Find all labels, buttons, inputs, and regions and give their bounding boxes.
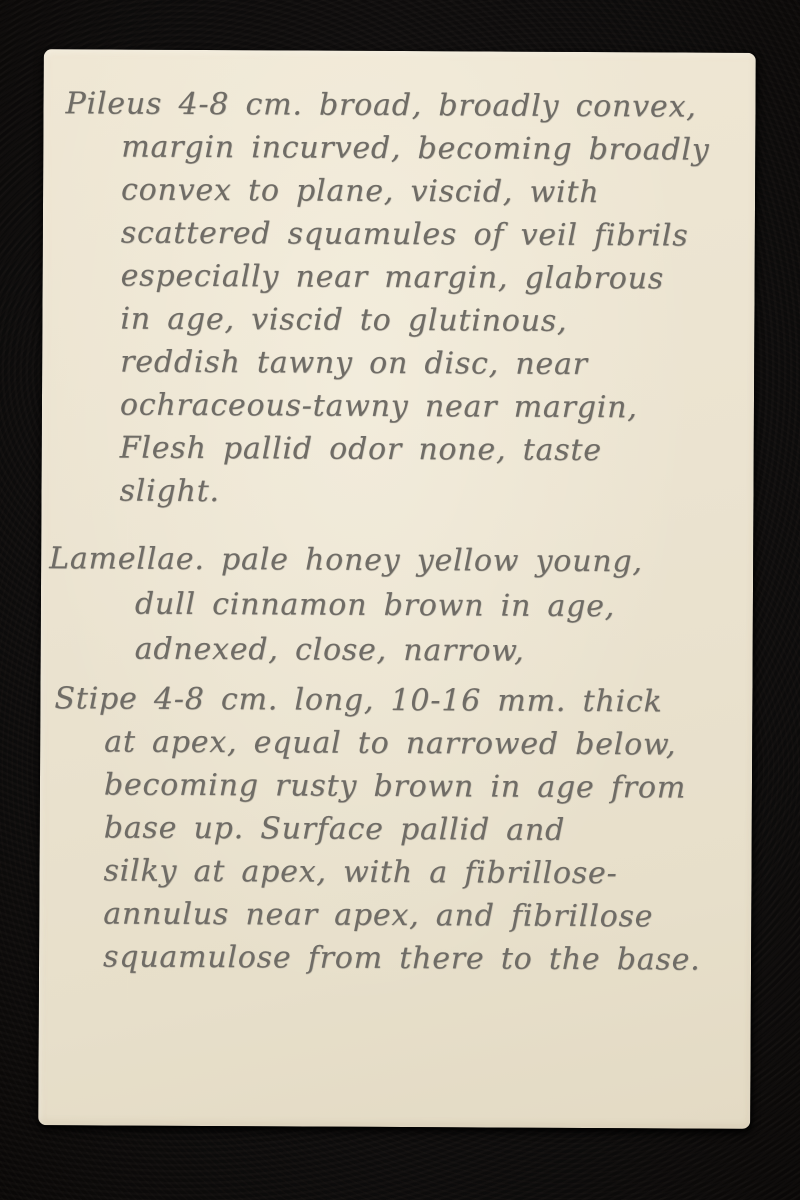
- handwritten-line: Flesh pallid odor none, taste: [42, 426, 754, 473]
- handwritten-line: Lamellae. pale honey yellow young,: [41, 536, 753, 585]
- handwritten-line: becoming rusty brown in age from: [40, 763, 752, 810]
- handwritten-line: convex to plane, viscid, with: [43, 168, 755, 215]
- photo-background: { "colors": { "backdrop": "#131010", "ca…: [0, 0, 800, 1200]
- handwritten-line: dull cinnamon brown in age,: [41, 581, 753, 630]
- paragraph-stipe: Stipe 4-8 cm. long, 10-16 mm. thick at a…: [39, 677, 753, 982]
- handwritten-line: especially near margin, glabrous: [43, 254, 755, 301]
- handwritten-line: reddish tawny on disc, near: [42, 340, 754, 387]
- handwritten-line: ochraceous-tawny near margin,: [42, 383, 754, 430]
- handwritten-line: adnexed, close, narrow,: [41, 626, 753, 675]
- handwritten-line: margin incurved, becoming broadly: [43, 125, 755, 172]
- handwritten-line: slight.: [41, 469, 753, 516]
- handwritten-line: scattered squamules of veil fibrils: [43, 211, 755, 258]
- note-card-content: Pileus 4-8 cm. broad, broadly convex, ma…: [39, 82, 756, 982]
- handwritten-line: Pileus 4-8 cm. broad, broadly convex,: [43, 82, 755, 129]
- paragraph-lamellae: Lamellae. pale honey yellow young, dull …: [41, 536, 754, 675]
- handwritten-line: base up. Surface pallid and: [40, 806, 752, 853]
- handwritten-line: at apex, equal to narrowed below,: [40, 720, 752, 767]
- paragraph-pileus: Pileus 4-8 cm. broad, broadly convex, ma…: [41, 82, 755, 516]
- note-card: Pileus 4-8 cm. broad, broadly convex, ma…: [38, 49, 756, 1129]
- handwritten-line: Stipe 4-8 cm. long, 10-16 mm. thick: [40, 677, 752, 724]
- handwritten-line: silky at apex, with a fibrillose-: [39, 849, 751, 896]
- handwritten-line: squamulose from there to the base.: [39, 935, 751, 982]
- handwritten-line: in age, viscid to glutinous,: [42, 297, 754, 344]
- handwritten-line: annulus near apex, and fibrillose: [39, 892, 751, 939]
